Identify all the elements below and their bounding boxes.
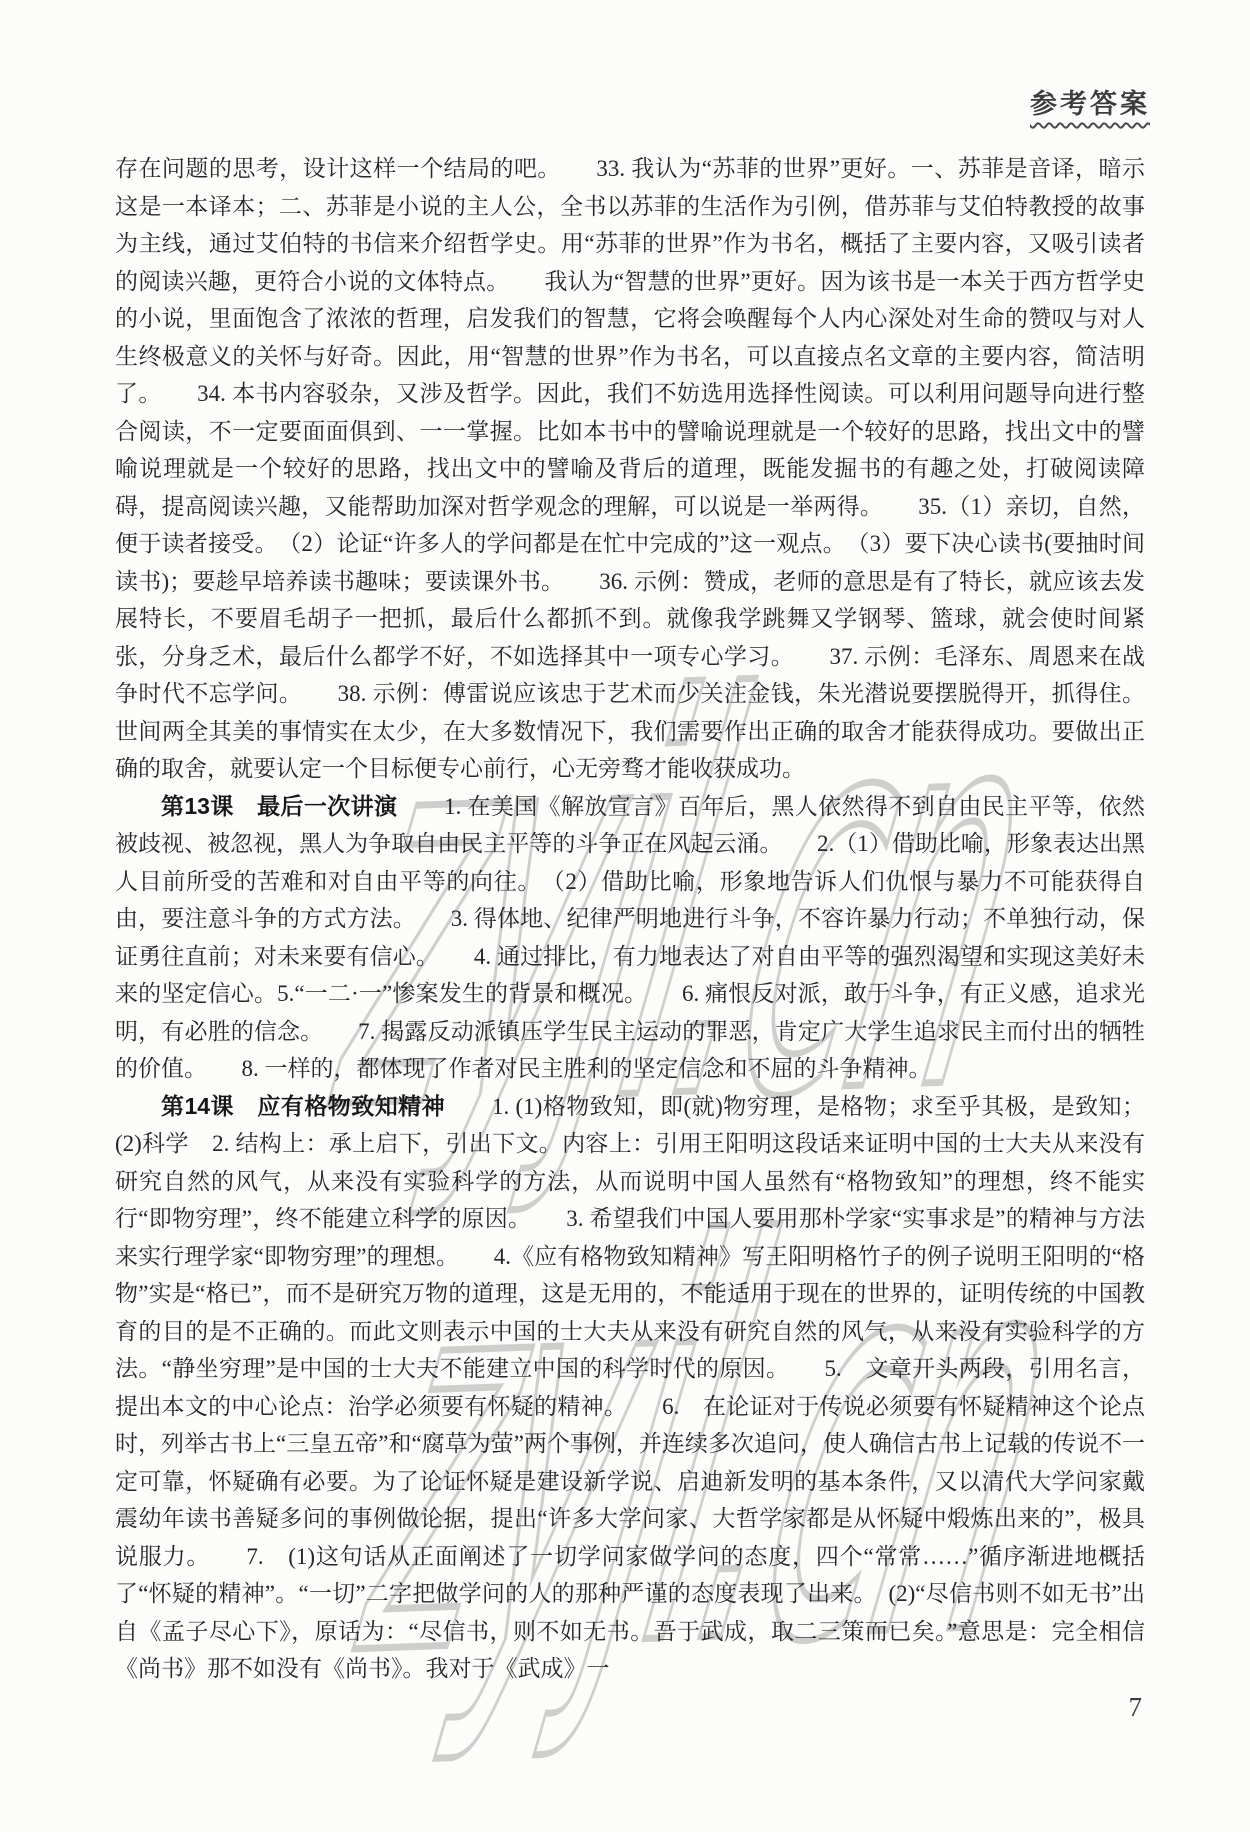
paragraph: 第13课 最后一次讲演 1. 在美国《解放宣言》百年后，黑人依然得不到自由民主平… (115, 788, 1145, 1088)
text-run: 1. 在美国《解放宣言》百年后，黑人依然得不到自由民主平等，依然被歧视、被忽视，… (115, 794, 1145, 1082)
page-number: 7 (1129, 1692, 1143, 1723)
section-heading: 第14课 应有格物致知精神 (161, 1093, 445, 1119)
paragraph: 第14课 应有格物致知精神 1. (1)格物致知，即(就)物穷理，是格物；求至乎… (115, 1088, 1145, 1688)
paragraph: 存在问题的思考，设计这样一个结局的吧。 33. 我认为“苏菲的世界”更好。一、苏… (115, 150, 1145, 788)
text-run: 1. (1)格物致知，即(就)物穷理，是格物；求至乎其极，是致知；(2)科学 2… (115, 1094, 1145, 1682)
section-heading: 第13课 最后一次讲演 (161, 793, 397, 819)
scanned-answer-page: zyjl.cn zyjl.cn 参考答案 存在问题的思考，设计这样一个结局的吧。… (0, 0, 1250, 1832)
answer-content: 存在问题的思考，设计这样一个结局的吧。 33. 我认为“苏菲的世界”更好。一、苏… (115, 150, 1145, 1688)
page-header-title: 参考答案 (1030, 82, 1150, 121)
text-run: 存在问题的思考，设计这样一个结局的吧。 33. 我认为“苏菲的世界”更好。一、苏… (115, 156, 1145, 781)
